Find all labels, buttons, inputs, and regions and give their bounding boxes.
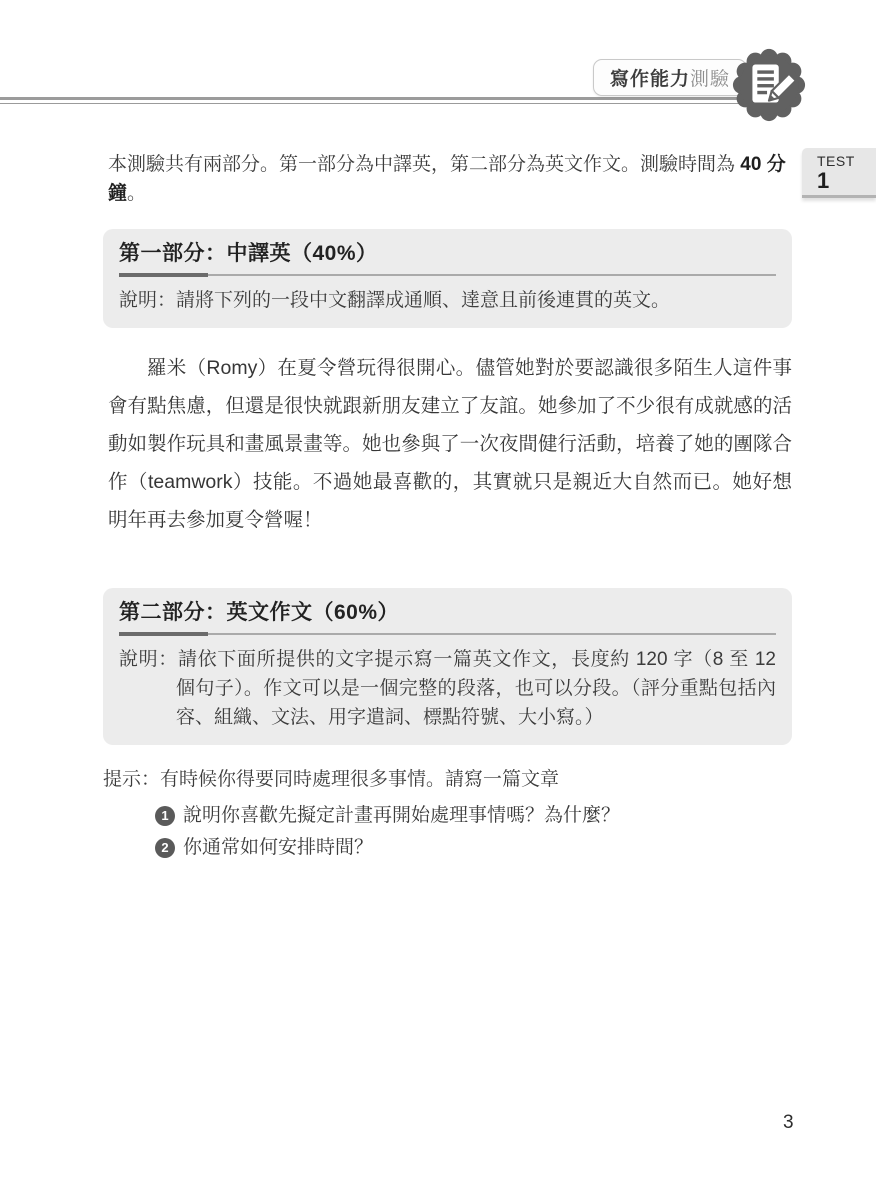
instruction-text: 請將下列的一段中文翻譯成通順、達意且前後連貫的英文。 bbox=[176, 290, 670, 311]
circled-number-2-icon: 2 bbox=[155, 838, 175, 858]
hint-text: 有時候你得要同時處理很多事情。請寫一篇文章 bbox=[160, 769, 559, 790]
header-label-light: 測驗 bbox=[690, 64, 730, 91]
test-tab-number: 1 bbox=[817, 169, 876, 193]
section-2-instruction: 說明：請依下面所提供的文字提示寫一篇英文作文，長度約 120 字（8 至 12 … bbox=[119, 645, 776, 732]
hint-lead: 提示：有時候你得要同時處理很多事情。請寫一篇文章 bbox=[103, 765, 792, 795]
hint-item-text: 你通常如何安排時間？ bbox=[183, 833, 373, 863]
hint-item-list: 1 說明你喜歡先擬定計畫再開始處理事情嗎？為什麼？ 2 你通常如何安排時間？ bbox=[155, 801, 792, 863]
hint-label: 提示： bbox=[103, 769, 160, 790]
section-1-rule bbox=[119, 273, 776, 277]
section-2-rule bbox=[119, 632, 776, 636]
section-2-title: 第二部分：英文作文（60%） bbox=[119, 599, 776, 627]
test-number-tab: TEST 1 bbox=[802, 148, 876, 198]
test-intro: 本測驗共有兩部分。第一部分為中譯英，第二部分為英文作文。測驗時間為 40 分鐘。 bbox=[108, 150, 792, 208]
hint-item: 2 你通常如何安排時間？ bbox=[155, 833, 792, 863]
section-1-box: 第一部分：中譯英（40%） 說明：請將下列的一段中文翻譯成通順、達意且前後連貫的… bbox=[103, 229, 792, 328]
document-pencil-seal-icon bbox=[730, 46, 808, 124]
intro-period: 。 bbox=[127, 183, 146, 204]
page-content: 本測驗共有兩部分。第一部分為中譯英，第二部分為英文作文。測驗時間為 40 分鐘。… bbox=[103, 0, 792, 863]
test-tab-word: TEST bbox=[817, 153, 876, 169]
writing-test-seal-icon bbox=[730, 46, 808, 124]
intro-text: 本測驗共有兩部分。第一部分為中譯英，第二部分為英文作文。測驗時間為 bbox=[108, 154, 740, 175]
instruction-text: 請依下面所提供的文字提示寫一篇英文作文，長度約 120 字（8 至 12 個句子… bbox=[176, 649, 776, 728]
section-2-box: 第二部分：英文作文（60%） 說明：請依下面所提供的文字提示寫一篇英文作文，長度… bbox=[103, 588, 792, 745]
circled-number-1-icon: 1 bbox=[155, 806, 175, 826]
hint-item-text: 說明你喜歡先擬定計畫再開始處理事情嗎？為什麼？ bbox=[183, 801, 620, 831]
instruction-label: 說明： bbox=[119, 290, 176, 311]
section-1-title: 第一部分：中譯英（40%） bbox=[119, 240, 776, 268]
translation-passage: 羅米（Romy）在夏令營玩得很開心。儘管她對於要認識很多陌生人這件事會有點焦慮，… bbox=[108, 349, 792, 539]
header-label-bold: 寫作能力 bbox=[610, 64, 690, 91]
essay-hint-block: 提示：有時候你得要同時處理很多事情。請寫一篇文章 1 說明你喜歡先擬定計畫再開始… bbox=[103, 765, 792, 863]
page-number: 3 bbox=[783, 1112, 794, 1134]
page-header-label: 寫作能力 測驗 bbox=[593, 59, 747, 96]
hint-item: 1 說明你喜歡先擬定計畫再開始處理事情嗎？為什麼？ bbox=[155, 801, 792, 831]
section-1-instruction: 說明：請將下列的一段中文翻譯成通順、達意且前後連貫的英文。 bbox=[119, 286, 776, 315]
instruction-label: 說明： bbox=[119, 649, 178, 670]
